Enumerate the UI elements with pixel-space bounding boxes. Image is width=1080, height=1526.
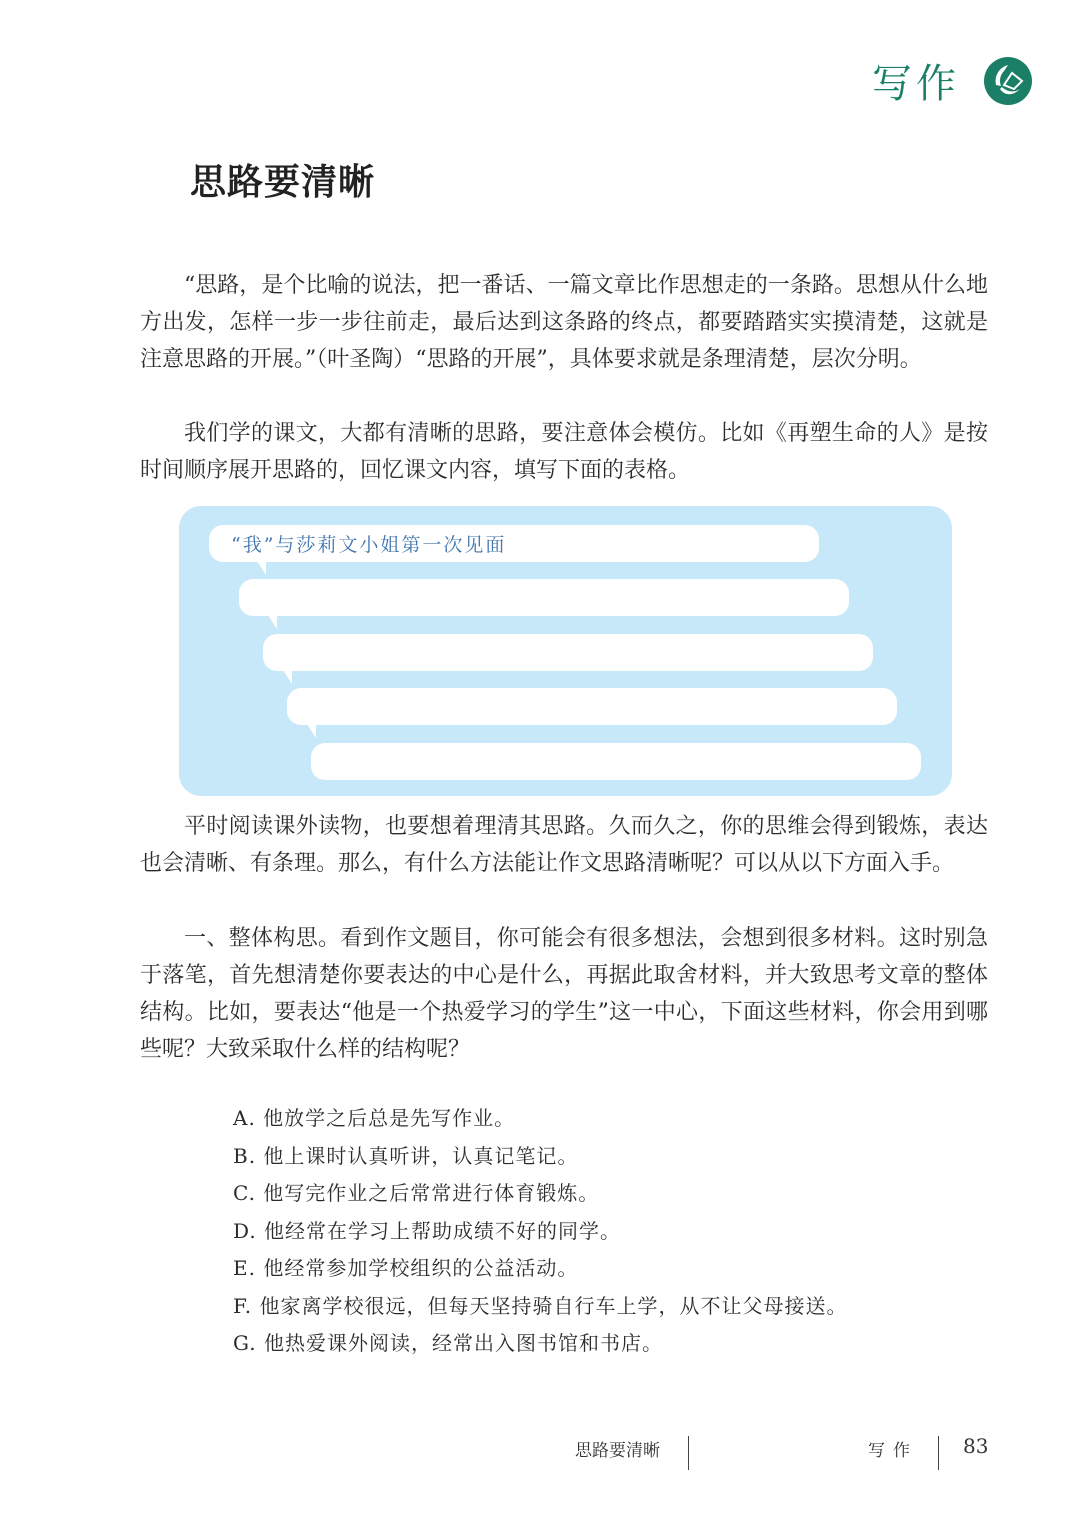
option-a: A. 他放学之后总是先写作业。 xyxy=(233,1100,847,1138)
option-b: B. 他上课时认真听讲，认真记笔记。 xyxy=(233,1138,847,1176)
method-paragraph: 一、整体构思。看到作文题目，你可能会有很多想法，会想到很多材料。这时别急于落笔，… xyxy=(140,920,988,1068)
footer-section-title: 思路要清晰 xyxy=(575,1436,660,1461)
option-e: E. 他经常参加学校组织的公益活动。 xyxy=(233,1250,847,1288)
option-d: D. 他经常在学习上帮助成绩不好的同学。 xyxy=(233,1213,847,1251)
paragraph-example: 我们学的课文，大都有清晰的思路，要注意体会模仿。比如《再塑生命的人》是按时间顺序… xyxy=(140,415,988,489)
footer-divider xyxy=(688,1436,689,1470)
page-footer: 思路要清晰 写作 83 xyxy=(0,1432,1080,1472)
bubble-tail xyxy=(307,724,316,738)
chapter-label: 写作 xyxy=(872,52,960,109)
bubble-step-5-blank[interactable] xyxy=(311,743,921,780)
paragraph-reading: 平时阅读课外读物，也要想着理清其思路。久而久之，你的思维会得到锻炼，表达也会清晰… xyxy=(140,808,988,882)
bubble-tail xyxy=(283,670,292,684)
option-f: F. 他家离学校很远，但每天坚持骑自行车上学，从不让父母接送。 xyxy=(233,1288,847,1326)
bubble-step-4-blank[interactable] xyxy=(287,688,897,725)
sequence-bubble-chart: “我”与莎莉文小姐第一次见面 xyxy=(179,506,952,796)
bubble-step-1-text: “我”与莎莉文小姐第一次见面 xyxy=(231,530,506,557)
paragraph-quote: “思路，是个比喻的说法，把一番话、一篇文章比作思想走的一条路。思想从什么地方出发… xyxy=(140,267,988,378)
bubble-tail xyxy=(268,615,277,629)
bubble-step-1: “我”与莎莉文小姐第一次见面 xyxy=(209,525,819,562)
bubble-step-2-blank[interactable] xyxy=(239,579,849,616)
option-g: G. 他热爱课外阅读，经常出入图书馆和书店。 xyxy=(233,1325,847,1363)
example-paragraph: 我们学的课文，大都有清晰的思路，要注意体会模仿。比如《再塑生命的人》是按时间顺序… xyxy=(140,415,988,489)
page-number: 83 xyxy=(963,1434,988,1458)
chapter-header: 写作 xyxy=(872,52,1034,109)
bubble-tail xyxy=(257,561,266,575)
bubble-step-3-blank[interactable] xyxy=(263,634,873,671)
writing-check-icon xyxy=(982,55,1034,107)
footer-divider xyxy=(938,1436,939,1470)
option-c: C. 他写完作业之后常常进行体育锻炼。 xyxy=(233,1175,847,1213)
intro-paragraph: “思路，是个比喻的说法，把一番话、一篇文章比作思想走的一条路。思想从什么地方出发… xyxy=(140,267,988,378)
paragraph-method-one: 一、整体构思。看到作文题目，你可能会有很多想法，会想到很多材料。这时别急于落笔，… xyxy=(140,920,988,1068)
material-options-list: A. 他放学之后总是先写作业。 B. 他上课时认真听讲，认真记笔记。 C. 他写… xyxy=(233,1100,847,1363)
reading-paragraph: 平时阅读课外读物，也要想着理清其思路。久而久之，你的思维会得到锻炼，表达也会清晰… xyxy=(140,808,988,882)
page-title: 思路要清晰 xyxy=(190,154,375,205)
footer-chapter: 写作 xyxy=(868,1436,918,1461)
